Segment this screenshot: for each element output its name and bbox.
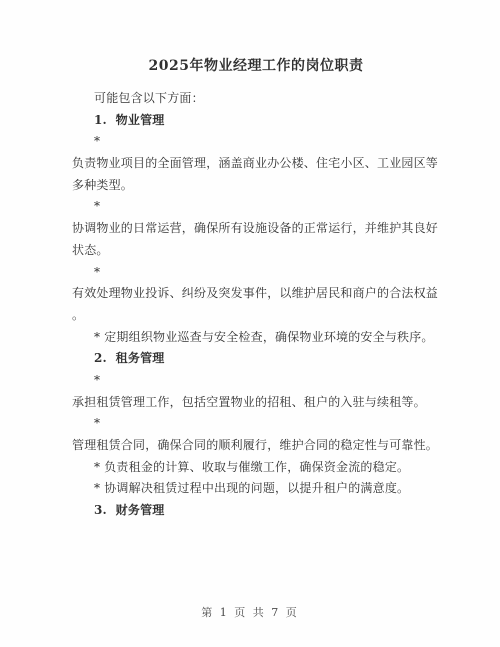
document-body: 2025年物业经理工作的岗位职责 可能包含以下方面： 1. 物业管理 * 负责物… xyxy=(72,55,440,522)
body-line: 状态。 xyxy=(72,240,440,262)
bullet-marker-line: * xyxy=(72,131,440,153)
page-footer: 第 1 页 共 7 页 xyxy=(0,604,500,620)
bullet-marker-line: * xyxy=(72,413,440,435)
body-line: 协调物业的日常运营，确保所有设施设备的正常运行，并维护其良好 xyxy=(72,218,440,240)
bullet-item-line: * 协调解决租赁过程中出现的问题，以提升租户的满意度。 xyxy=(72,478,440,500)
bullet-item-line: * 负责租金的计算、收取与催缴工作，确保资金流的稳定。 xyxy=(72,457,440,479)
body-line: 管理租赁合同，确保合同的顺利履行，维护合同的稳定性与可靠性。 xyxy=(72,435,440,457)
bullet-marker-line: * xyxy=(72,196,440,218)
body-line: 负责物业项目的全面管理，涵盖商业办公楼、住宅小区、工业园区等 xyxy=(72,153,440,175)
body-line: 承担租赁管理工作，包括空置物业的招租、租户的入驻与续租等。 xyxy=(72,392,440,414)
intro-line: 可能包含以下方面： xyxy=(72,88,440,110)
document-title: 2025年物业经理工作的岗位职责 xyxy=(72,55,440,77)
body-line: 。 xyxy=(72,305,440,327)
bullet-marker-line: * xyxy=(72,370,440,392)
section-heading-property-management: 1. 物业管理 xyxy=(72,110,440,132)
section-heading-leasing-management: 2. 租务管理 xyxy=(72,348,440,370)
body-line: 有效处理物业投诉、纠纷及突发事件，以维护居民和商户的合法权益 xyxy=(72,283,440,305)
section-heading-finance-management: 3. 财务管理 xyxy=(72,500,440,522)
bullet-item-line: * 定期组织物业巡查与安全检查，确保物业环境的安全与秩序。 xyxy=(72,327,440,349)
body-line: 多种类型。 xyxy=(72,175,440,197)
bullet-marker-line: * xyxy=(72,262,440,284)
document-page: 2025年物业经理工作的岗位职责 可能包含以下方面： 1. 物业管理 * 负责物… xyxy=(0,0,500,647)
